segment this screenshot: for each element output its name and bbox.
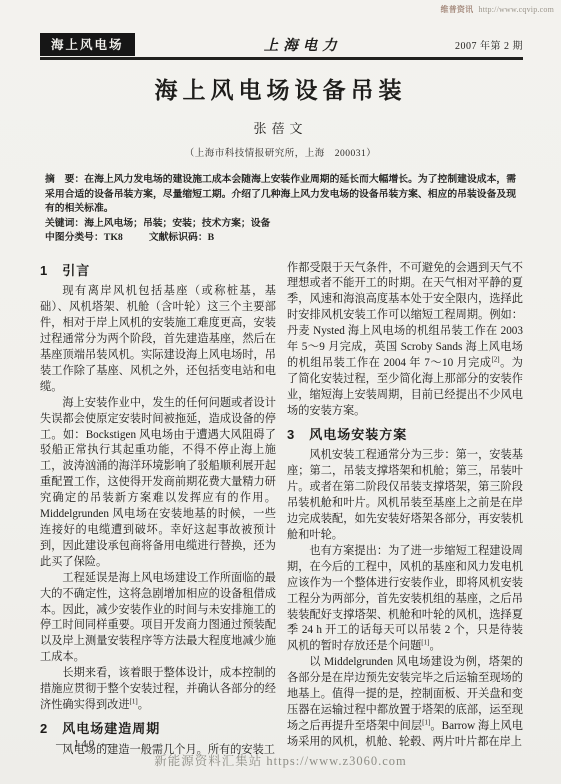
paragraph: 工程延误是海上风电场建设工作所面临的最大的不确定性，这将急剧增加相应的设备租借成… [40, 571, 276, 666]
section-3-heading: 3 风电场安装方案 [287, 427, 523, 443]
abstract-text: 在海上风力发电场的建设施工成本会随海上安装作业周期的延长而大幅增长。为了控制建设… [45, 174, 516, 214]
paragraph: 作都受限于天气条件，不可避免的会遇到天气不理想或者不能开工的时期。在天气相对平静… [287, 261, 523, 420]
reference-marker: [2] [491, 355, 499, 363]
paragraph-text: 也有方案提出：为了进一步缩短工程建设周期，在今后的工程中，风机的基座和风力发电机… [287, 545, 523, 652]
abstract-label: 摘 要： [45, 174, 84, 185]
issue-label: 2007 年第 2 期 [455, 37, 523, 52]
paragraph-text: 。 [429, 640, 440, 652]
clc-label: 中图分类号： [45, 232, 104, 243]
author-name: 张蓓文 [0, 118, 561, 137]
doc-code-label: 文献标识码： [149, 232, 208, 243]
keywords-row: 关键词：海上风电场；吊装；安装；技术方案；设备 [45, 217, 516, 232]
header-rule [40, 57, 523, 60]
paragraph: 以 Middelgrunden 风电场建设为例，塔架的各部分是在岸边预先安装完毕… [287, 655, 523, 750]
article-content: 海上风电场设备吊装 张蓓文 （上海市科技情报研究所，上海 200031） 摘 要… [0, 0, 561, 759]
paragraph: 风机安装工程通常分为三步：第一，安装基座；第二，吊装支撑塔架和机舱；第三，吊装叶… [287, 448, 523, 543]
paragraph-text: 作都受限于天气条件，不可避免的会遇到天气不理想或者不能开工的时期。在天气相对平静… [287, 262, 523, 369]
scanned-paper-page: 维普资讯 http://www.cqvip.com 海上风电场 上海电力 200… [0, 0, 561, 784]
abstract-row: 摘 要：在海上风力发电场的建设施工成本会随海上安装作业周期的延长而大幅增长。为了… [45, 173, 516, 217]
section-1-heading: 1 引言 [40, 263, 276, 279]
paragraph: 长期来看，该着眼于整体设计，成本控制的措施应贯彻于整个安装过程，并确认各部分的经… [40, 666, 276, 714]
cqvip-watermark: 维普资讯 http://www.cqvip.com [441, 4, 555, 15]
section-2-heading: 2 风电场建造周期 [40, 721, 276, 737]
column-badge: 海上风电场 [40, 33, 135, 56]
clc-value: TK8 [104, 232, 123, 243]
paragraph-text: 长期来看，该着眼于整体设计，成本控制的措施应贯彻于整个安装过程，并确认各部分的经… [40, 667, 276, 711]
article-title: 海上风电场设备吊装 [0, 72, 561, 105]
abstract-block: 摘 要：在海上风力发电场的建设施工成本会随海上安装作业周期的延长而大幅增长。为了… [45, 173, 516, 246]
page-number: — 140 — [56, 738, 114, 750]
right-column: 作都受限于天气条件，不可避免的会遇到天气不理想或者不能开工的时期。在天气相对平静… [287, 261, 523, 759]
watermark-url: http://www.cqvip.com [479, 5, 554, 14]
author-affiliation: （上海市科技情报研究所，上海 200031） [0, 145, 561, 159]
paragraph: 也有方案提出：为了进一步缩短工程建设周期，在今后的工程中，风机的基座和风力发电机… [287, 544, 523, 655]
classification-row: 中图分类号：TK8文献标识码：B [45, 231, 516, 246]
paragraph: 海上安装作业中，发生的任何问题或者设计失误都会使原定安装时间被拖延，造成设备的停… [40, 396, 276, 571]
paragraph: 现有离岸风机包括基座（或称桩基，基础）、风机塔架、机舱（含叶轮）这三个主要部件，… [40, 284, 276, 395]
site-note: 新能源资料汇集站 https://www.z3060.com [0, 751, 561, 769]
keywords-label: 关键词： [45, 218, 84, 229]
journal-header: 海上风电场 上海电力 2007 年第 2 期 [40, 33, 523, 56]
journal-title: 上海电力 [264, 34, 342, 55]
body-columns: 1 引言 现有离岸风机包括基座（或称桩基，基础）、风机塔架、机舱（含叶轮）这三个… [40, 261, 523, 759]
doc-code-value: B [208, 232, 215, 243]
reference-marker: [1] [130, 697, 138, 705]
watermark-label: 维普资讯 [441, 5, 474, 14]
keywords-text: 海上风电场；吊装；安装；技术方案；设备 [84, 218, 270, 229]
paragraph-text: 。 [138, 699, 149, 711]
left-column: 1 引言 现有离岸风机包括基座（或称桩基，基础）、风机塔架、机舱（含叶轮）这三个… [40, 261, 276, 759]
